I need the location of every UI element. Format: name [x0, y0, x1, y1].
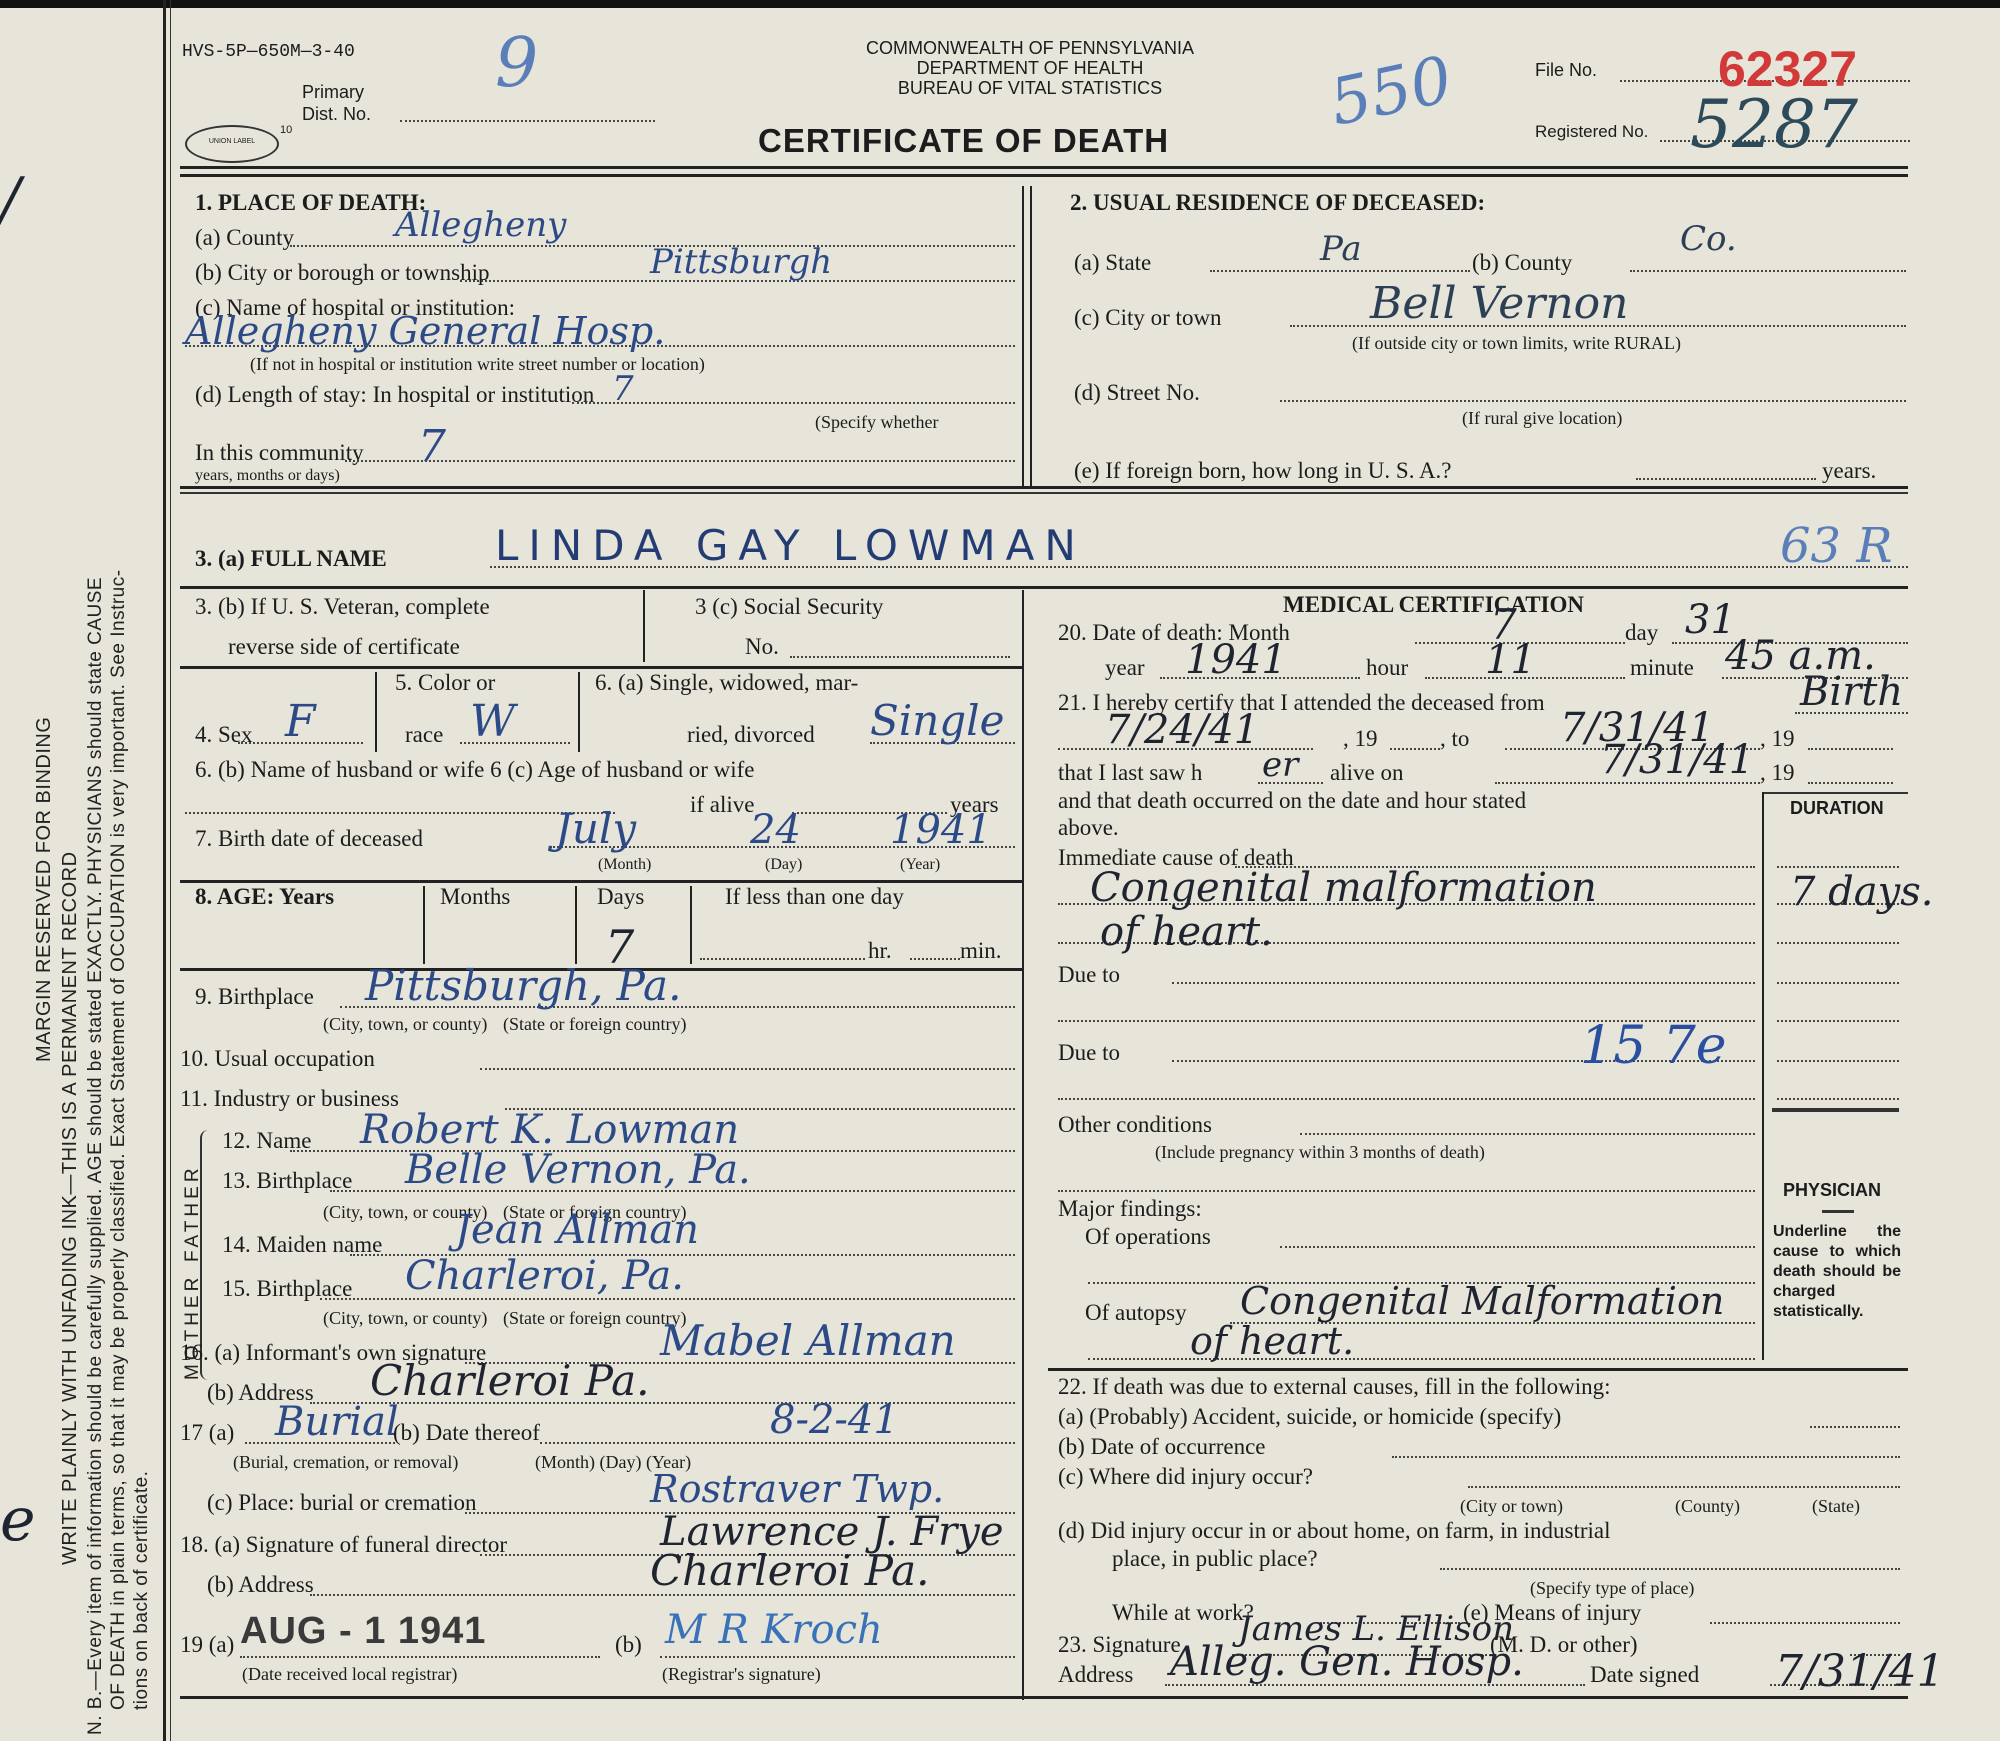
duration-value[interactable]: 7 days. — [1790, 872, 1933, 912]
pod-county-value[interactable]: Allegheny — [395, 208, 566, 242]
res-state-label: (a) State — [1074, 250, 1151, 276]
pod-stay-value[interactable]: 7 — [612, 372, 634, 406]
attended-19-b-line — [1808, 748, 1893, 750]
while-at-work-label: While at work? — [1112, 1600, 1254, 1626]
medical-heading: MEDICAL CERTIFICATION — [1283, 592, 1584, 618]
external-a-label: (a) (Probably) Accident, suicide, or hom… — [1058, 1404, 1561, 1430]
external-c-county-note: (County) — [1675, 1496, 1740, 1517]
father-name-value[interactable]: Robert K. Lowman — [360, 1110, 739, 1150]
due-to-line-1[interactable] — [1172, 982, 1755, 984]
due-to-label-2: Due to — [1058, 1040, 1120, 1066]
row-rule-3 — [180, 666, 1022, 669]
section-rule-2 — [180, 486, 1908, 489]
external-c-city-note: (City or town) — [1460, 1496, 1563, 1517]
received-date-line — [240, 1656, 600, 1658]
res-street-line — [1280, 400, 1906, 402]
margin-binding-note: MARGIN RESERVED FOR BINDING — [32, 717, 57, 1062]
external-d-label-1: (d) Did injury occur in or about home, o… — [1058, 1518, 1611, 1544]
binding-margin-rule — [163, 0, 166, 1741]
pod-city-value[interactable]: Pittsburgh — [650, 245, 832, 279]
color-label-2: race — [405, 722, 443, 748]
autopsy-line-2 — [1088, 1358, 1755, 1360]
father-birthplace-value[interactable]: Belle Vernon, Pa. — [405, 1150, 751, 1190]
age-label: 8. AGE: Years — [195, 884, 334, 910]
full-name-value[interactable]: LINDA GAY LOWMAN — [495, 525, 1086, 567]
attended-19-a-line — [1390, 748, 1440, 750]
duration-heading: DURATION — [1790, 798, 1884, 819]
external-d-line[interactable] — [1440, 1568, 1900, 1570]
top-border — [0, 0, 2000, 8]
duration-line-5 — [1777, 1020, 1899, 1022]
res-city-value[interactable]: Bell Vernon — [1370, 282, 1628, 326]
agency-line-3: BUREAU OF VITAL STATISTICS — [760, 78, 1300, 98]
autopsy-value-1[interactable]: Congenital Malformation — [1240, 1282, 1724, 1320]
margin-note-550: 550 — [1325, 48, 1458, 136]
pod-stay-note: (Specify whether — [815, 412, 938, 433]
header-rule-1 — [180, 166, 1908, 169]
birthplace-state-note: (State or foreign country) — [503, 1014, 686, 1035]
binding-margin-rule-inner — [170, 0, 171, 1741]
sex-divider — [375, 672, 377, 752]
death-hour-label: hour — [1366, 655, 1408, 681]
res-county-line — [1630, 270, 1906, 272]
funeral-address-label: (b) Address — [207, 1572, 314, 1598]
disposition-method-note: (Burial, cremation, or removal) — [233, 1452, 458, 1473]
means-of-injury-line[interactable] — [1710, 1622, 1900, 1624]
mother-maiden-value[interactable]: Jean Allman — [455, 1210, 699, 1250]
veteran-label-1: 3. (b) If U. S. Veteran, complete — [195, 594, 490, 620]
last-saw-19: , 19 — [1760, 760, 1795, 786]
sex-label: 4. Sex — [195, 722, 253, 748]
res-state-value[interactable]: Pa — [1320, 232, 1362, 266]
margin-pen-mark: / — [0, 170, 20, 230]
pod-hospital-note: (If not in hospital or institution write… — [250, 354, 705, 375]
duration-line-3 — [1777, 942, 1899, 944]
disposition-17a-label: 17 (a) — [180, 1420, 234, 1446]
pod-community-value[interactable]: 7 — [418, 425, 446, 469]
race-divider — [578, 672, 580, 752]
spouse-label: 6. (b) Name of husband or wife 6 (c) Age… — [195, 757, 755, 783]
date-signed-value[interactable]: 7/31/41 — [1775, 1650, 1945, 1694]
operations-line[interactable] — [1280, 1246, 1755, 1248]
age-divider-3 — [690, 886, 692, 964]
funeral-address-value[interactable]: Charleroi Pa. — [650, 1550, 930, 1592]
marital-label-1: 6. (a) Single, widowed, mar- — [595, 670, 858, 696]
external-heading: 22. If death was due to external causes,… — [1058, 1374, 1610, 1400]
birth-year-note: (Year) — [900, 856, 940, 874]
received-date-note: (Date received local registrar) — [242, 1664, 457, 1685]
mother-state-note: (State or foreign country) — [503, 1308, 686, 1329]
res-city-label: (c) City or town — [1074, 305, 1222, 331]
months-label: Months — [440, 884, 510, 910]
document-title: CERTIFICATE OF DEATH — [758, 122, 1169, 160]
attended-from-date[interactable]: 7/24/41 — [1105, 710, 1259, 750]
color-label-1: 5. Color or — [395, 670, 495, 696]
external-d-note: (Specify type of place) — [1530, 1578, 1694, 1599]
autopsy-value-2[interactable]: of heart. — [1190, 1322, 1354, 1360]
dist-no-label: Dist. No. — [302, 104, 371, 125]
marital-value[interactable]: Single — [870, 700, 1004, 742]
external-b-label: (b) Date of occurrence — [1058, 1434, 1266, 1460]
received-date-stamp: AUG - 1 1941 — [240, 1610, 486, 1653]
registrar-signature-line — [660, 1656, 1015, 1658]
physician-signature-label: 23. Signature — [1058, 1632, 1181, 1658]
margin-nb-note-2: OF DEATH in plain terms, so that it may … — [106, 569, 131, 1710]
physician-address-label: Address — [1058, 1662, 1133, 1688]
burial-place-value[interactable]: Rostraver Twp. — [650, 1470, 944, 1508]
external-a-line[interactable] — [1810, 1426, 1900, 1428]
death-day-label: day — [1625, 620, 1658, 646]
operations-label: Of operations — [1085, 1224, 1211, 1250]
veteran-divider — [643, 590, 645, 662]
margin-ink-note: WRITE PLAINLY WITH UNFADING INK—THIS IS … — [58, 851, 83, 1565]
stated-line-2: above. — [1058, 815, 1119, 841]
other-conditions-line-2 — [1058, 1190, 1755, 1192]
pod-stay-line — [572, 402, 1015, 404]
union-label-seal-icon: UNION LABEL — [185, 125, 279, 163]
immediate-cause-value-2[interactable]: of heart. — [1100, 912, 1273, 952]
margin-nb-note-3: tions on back of certificate. — [129, 1471, 154, 1710]
duration-line-7 — [1777, 1098, 1899, 1100]
death-hour-value[interactable]: 11 — [1485, 640, 1536, 680]
section-divider-2 — [1030, 186, 1032, 486]
marital-label-2: ried, divorced — [687, 722, 815, 748]
attended-19-a: , 19 — [1343, 726, 1378, 752]
hr-line[interactable] — [700, 958, 865, 960]
burial-place-label: (c) Place: burial or cremation — [207, 1490, 477, 1516]
margin-pen-mark-2: e — [0, 1490, 36, 1550]
full-name-rule — [180, 586, 1908, 589]
header-rule-2 — [180, 174, 1908, 177]
lower-divider — [1022, 590, 1024, 1700]
duration-line-1 — [1777, 866, 1899, 868]
birth-day-note: (Day) — [765, 856, 802, 874]
dist-no-line — [400, 120, 655, 122]
residence-heading: 2. USUAL RESIDENCE OF DECEASED: — [1070, 190, 1485, 216]
full-name-label: 3. (a) FULL NAME — [195, 546, 387, 572]
external-c-state-note: (State) — [1812, 1496, 1860, 1517]
age-divider-2 — [575, 886, 577, 964]
autopsy-label: Of autopsy — [1085, 1300, 1187, 1326]
alive-on-label: alive on — [1330, 760, 1403, 786]
medical-bottom-rule — [1048, 1368, 1908, 1371]
occupation-line[interactable] — [480, 1068, 1015, 1070]
birthplace-label: 9. Birthplace — [195, 984, 314, 1010]
pod-stay-label: (d) Length of stay: In hospital or insti… — [195, 382, 594, 408]
agency-line-2: DEPARTMENT OF HEALTH — [760, 58, 1300, 78]
section-rule-2b — [180, 492, 1908, 494]
informant-address-value[interactable]: Charleroi Pa. — [370, 1360, 650, 1402]
birthplace-value[interactable]: Pittsburgh, Pa. — [365, 965, 681, 1007]
duration-line-4 — [1777, 982, 1899, 984]
primary-label: Primary — [302, 82, 364, 103]
other-conditions-note: (Include pregnancy within 3 months of de… — [1155, 1142, 1485, 1163]
physician-address-value[interactable]: Alleg. Gen. Hosp. — [1170, 1642, 1524, 1682]
res-street-note: (If rural give location) — [1462, 408, 1622, 429]
mother-birthplace-value[interactable]: Charleroi, Pa. — [405, 1256, 684, 1296]
pod-hospital-value[interactable]: Allegheny General Hosp. — [185, 312, 665, 350]
registrar-19a-label: 19 (a) — [180, 1632, 234, 1658]
res-foreign-suffix: years. — [1822, 458, 1876, 484]
attended-to-label: , to — [1440, 726, 1469, 752]
pod-county-label: (a) County — [195, 225, 294, 251]
disposition-date-label: (b) Date thereof — [393, 1420, 540, 1446]
external-c-line[interactable] — [1468, 1486, 1900, 1488]
mother-city-note: (City, town, or county) — [323, 1308, 487, 1329]
full-name-code: 63 R — [1780, 522, 1892, 570]
agency-block: COMMONWEALTH OF PENNSYLVANIA DEPARTMENT … — [760, 38, 1300, 98]
res-foreign-label: (e) If foreign born, how long in U. S. A… — [1074, 458, 1452, 484]
last-saw-label: that I last saw h — [1058, 760, 1202, 786]
res-county-value[interactable]: Co. — [1680, 222, 1737, 256]
birth-date-label: 7. Birth date of deceased — [195, 826, 423, 852]
res-state-line — [1210, 270, 1470, 272]
disposition-method-value[interactable]: Burial — [275, 1402, 399, 1442]
duration-divider — [1762, 792, 1764, 1360]
margin-nb-note-1: N. B.—Every item of information should b… — [83, 577, 108, 1735]
physician-dash — [1822, 1210, 1854, 1213]
major-findings-label: Major findings: — [1058, 1196, 1202, 1222]
registered-no-label: Registered No. — [1535, 122, 1648, 142]
file-no-label: File No. — [1535, 60, 1597, 81]
less-day-label: If less than one day — [725, 884, 904, 910]
birth-month-value[interactable]: July — [555, 808, 636, 850]
pod-community-note: years, months or days) — [195, 467, 340, 485]
physician-note: Underline the cause to which death shoul… — [1773, 1222, 1901, 1322]
ssn-label-2: No. — [745, 634, 779, 660]
duration-bottom-rule — [1772, 1108, 1899, 1112]
pod-community-label: In this community — [195, 440, 364, 466]
min-label: min. — [960, 938, 1002, 964]
age-label-text: 8. AGE: Years — [195, 884, 334, 909]
date-signed-label: Date signed — [1590, 1662, 1699, 1688]
death-year-value[interactable]: 1941 — [1185, 640, 1287, 680]
external-b-line[interactable] — [1392, 1456, 1900, 1458]
other-conditions-label: Other conditions — [1058, 1112, 1212, 1138]
bottom-rule — [180, 1696, 1908, 1699]
seal-number: 10 — [280, 124, 292, 136]
hr-label: hr. — [868, 938, 892, 964]
row-rule-7 — [180, 880, 1022, 883]
external-d-label-2: place, in public place? — [1112, 1546, 1318, 1572]
external-c-label: (c) Where did injury occur? — [1058, 1464, 1313, 1490]
death-year-label: year — [1105, 655, 1145, 681]
attended-from-value[interactable]: Birth — [1800, 672, 1903, 712]
res-foreign-line — [1636, 478, 1816, 480]
birth-day-value[interactable]: 24 — [750, 810, 801, 850]
race-value[interactable]: W — [470, 700, 515, 744]
disposition-date-value[interactable]: 8-2-41 — [770, 1400, 899, 1440]
spouse-name-line[interactable] — [185, 812, 615, 814]
sex-value[interactable]: F — [285, 700, 316, 744]
section-divider-1 — [1022, 186, 1024, 486]
place-of-death-heading: 1. PLACE OF DEATH: — [195, 190, 426, 216]
classification-code-mark: 15 7e — [1580, 1020, 1727, 1072]
registrar-19b-label: (b) — [615, 1632, 642, 1658]
dist-no-value: 9 — [495, 30, 538, 98]
due-to-line-2b — [1058, 1098, 1755, 1100]
veteran-label-2: reverse side of certificate — [228, 634, 460, 660]
res-street-label: (d) Street No. — [1074, 380, 1200, 406]
agency-line-1: COMMONWEALTH OF PENNSYLVANIA — [760, 38, 1300, 58]
last-saw-19-line — [1808, 782, 1893, 784]
birth-year-value[interactable]: 1941 — [890, 810, 992, 850]
pod-city-label: (b) City or borough or township — [195, 260, 490, 286]
stated-line-1: and that death occurred on the date and … — [1058, 788, 1526, 814]
funeral-director-label: 18. (a) Signature of funeral director — [180, 1532, 507, 1558]
last-saw-fill[interactable]: er — [1262, 748, 1298, 782]
immediate-cause-value-1[interactable]: Congenital malformation — [1090, 868, 1597, 908]
duration-line-6 — [1777, 1060, 1899, 1062]
other-conditions-line[interactable] — [1300, 1133, 1755, 1135]
min-line[interactable] — [910, 958, 960, 960]
full-name-label-text: 3. (a) FULL NAME — [195, 546, 387, 571]
due-to-label-1: Due to — [1058, 962, 1120, 988]
last-saw-date[interactable]: 7/31/41 — [1600, 740, 1754, 780]
physician-heading: PHYSICIAN — [1783, 1180, 1881, 1201]
occupation-label: 10. Usual occupation — [180, 1046, 375, 1072]
age-divider-1 — [423, 886, 425, 964]
res-county-label: (b) County — [1472, 250, 1572, 276]
duration-top-rule — [1762, 792, 1908, 794]
registered-no-value: 5287 — [1690, 92, 1858, 158]
days-label: Days — [597, 884, 644, 910]
death-minute-label: minute — [1630, 655, 1694, 681]
ssn-label-1: 3 (c) Social Security — [695, 594, 883, 620]
spouse-if-alive: if alive — [690, 792, 755, 818]
birthplace-city-note: (City, town, or county) — [323, 1014, 487, 1035]
informant-signature-value[interactable]: Mabel Allman — [660, 1320, 956, 1362]
attended-19-b: , 19 — [1760, 726, 1795, 752]
ssn-line[interactable] — [790, 656, 1010, 658]
form-code: HVS-5P—650M—3-40 — [182, 42, 355, 62]
registrar-signature-value[interactable]: M R Kroch — [665, 1610, 883, 1650]
birth-month-note: (Month) — [598, 856, 651, 874]
registrar-signature-note: (Registrar's signature) — [662, 1664, 821, 1685]
res-city-note: (If outside city or town limits, write R… — [1352, 333, 1681, 354]
